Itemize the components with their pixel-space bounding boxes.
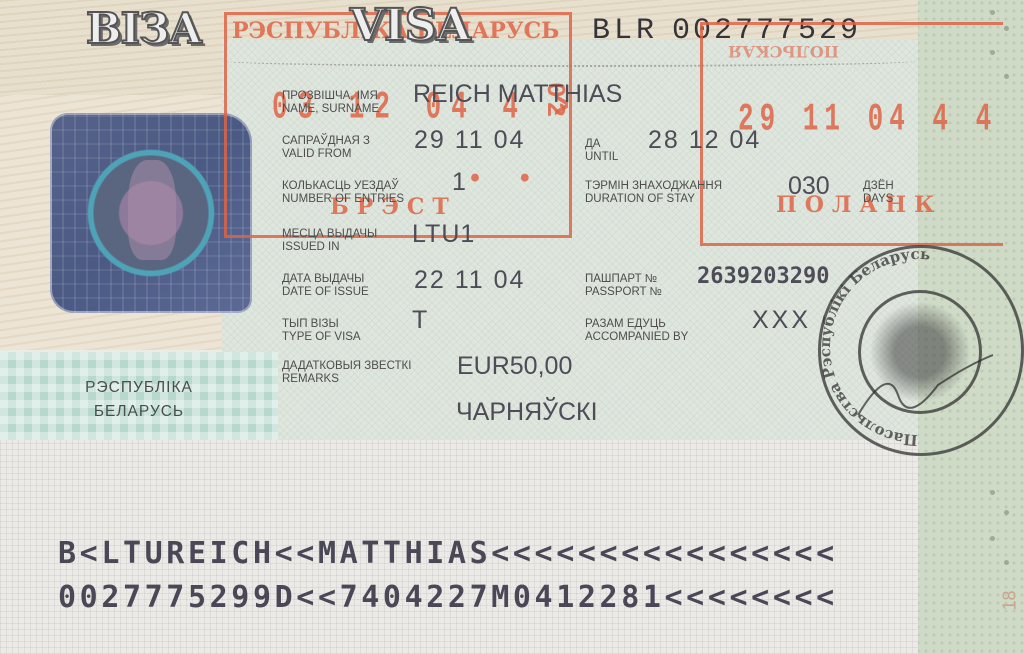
country-name-line1: РЭСПУБЛІКА [0,376,278,400]
name-label: ПРОЗВІШЧА, ІМЯ NAME, SURNAME [282,90,379,116]
perforation-dot [990,536,995,541]
remarks-value-line2: ЧАРНЯЎСКІ [456,398,598,427]
entries-label-be: КОЛЬКАСЦЬ УЕЗДАЎ [282,180,404,193]
accompanied-by-label: РАЗАМ ЕДУЦЬ ACCOMPANIED BY [585,318,688,344]
remarks-label: ДАДАТКОВЫЯ ЗВЕСТКІ REMARKS [282,360,411,386]
accompanied-by-value: XXX [752,306,811,335]
duration-unit-en: DAYS [863,193,894,206]
duration-value: 030 [788,172,830,201]
type-of-visa-label-en: TYPE OF VISA [282,331,361,344]
exit-stamp-digits: 29 11 04 4 4 [738,97,997,142]
remarks-label-en: REMARKS [282,373,411,386]
date-of-issue-label-en: DATE OF ISSUE [282,286,369,299]
entry-stamp-dots: • • [468,166,546,192]
perforation-dot [1004,510,1009,515]
title-english: VISA [350,0,471,51]
country-name-line2: БЕЛАРУСЬ [0,400,278,424]
duration-unit-be: ДЗЁН [863,180,894,193]
valid-from-value: 29 11 04 [414,126,525,155]
duration-label-en: DURATION OF STAY [585,193,722,206]
country-code: BLR [592,14,658,48]
perforation-dot [1004,560,1009,565]
duration-label: ТЭРМІН ЗНАХОДЖАННЯ DURATION OF STAY [585,180,722,206]
hologram-emblem-icon [128,160,176,260]
svg-text:Пасольства Рэспублікі Беларусь: Пасольства Рэспублікі Беларусь [818,245,931,449]
date-of-issue-label-be: ДАТА ВЫДАЧЫ [282,273,369,286]
passport-page-number: 18 [1000,590,1021,610]
title-belarusian: ВІЗА [86,4,202,53]
date-of-issue-value: 22 11 04 [414,266,525,295]
accompanied-by-label-be: РАЗАМ ЕДУЦЬ [585,318,688,331]
remarks-value-line1: EUR50,00 [457,352,572,381]
mrz-line-2: 0027775299D<<7404227M0412281<<<<<<<< [58,580,838,615]
name-label-en: NAME, SURNAME [282,103,379,116]
mrz-line-1: B<LTUREICH<<MATTHIAS<<<<<<<<<<<<<<<< [58,536,838,571]
perforation-dot [1004,74,1009,79]
entries-label-en: NUMBER OF ENTRIES [282,193,404,206]
until-label-en: UNTIL [585,151,618,164]
accompanied-by-label-en: ACCOMPANIED BY [585,331,688,344]
entries-label: КОЛЬКАСЦЬ УЕЗДАЎ NUMBER OF ENTRIES [282,180,404,206]
until-label-be: ДА [585,138,618,151]
duration-unit: ДЗЁН DAYS [863,180,894,206]
remarks-label-be: ДАДАТКОВЫЯ ЗВЕСТКІ [282,360,411,373]
name-value: REICH MATTHIAS [413,80,622,109]
type-of-visa-value: T [412,306,429,335]
perforation-dot [990,490,995,495]
name-label-be: ПРОЗВІШЧА, ІМЯ [282,90,379,103]
exit-stamp-header: ПОЛЬСКАЯ [728,42,839,61]
passport-no-label-en: PASSPORT № [585,286,662,299]
passport-no-label: ПАШПАРТ № PASSPORT № [585,273,662,299]
duration-label-be: ТЭРМІН ЗНАХОДЖАННЯ [585,180,722,193]
passport-no-label-be: ПАШПАРТ № [585,273,662,286]
issued-in-value: LTU1 [412,220,475,249]
country-name: РЭСПУБЛІКА БЕЛАРУСЬ [0,376,278,424]
valid-from-label: САПРАЎДНАЯ З VALID FROM [282,135,370,161]
until-label: ДА UNTIL [585,138,618,164]
type-of-visa-label-be: ТЫП ВІЗЫ [282,318,361,331]
perforation-dot [990,10,995,15]
valid-from-label-en: VALID FROM [282,148,370,161]
perforation-dot [1004,26,1009,31]
issued-in-label: МЕСЦА ВЫДАЧЫ ISSUED IN [282,228,377,254]
embassy-stamp-text: Пасольства Рэспублікі Беларусь [818,245,1018,450]
passport-no-value: 2639203290 [697,264,829,289]
date-of-issue-label: ДАТА ВЫДАЧЫ DATE OF ISSUE [282,273,369,299]
until-value: 28 12 04 [648,126,761,155]
visa-document-scan: 18 РЭСПУБЛІКА БЕЛАРУСЬ РЭСПУБЛІКА БЕЛАРУ… [0,0,1024,654]
entries-value: 1 [452,168,468,197]
issued-in-label-en: ISSUED IN [282,241,377,254]
type-of-visa-label: ТЫП ВІЗЫ TYPE OF VISA [282,318,361,344]
valid-from-label-be: САПРАЎДНАЯ З [282,135,370,148]
issued-in-label-be: МЕСЦА ВЫДАЧЫ [282,228,377,241]
